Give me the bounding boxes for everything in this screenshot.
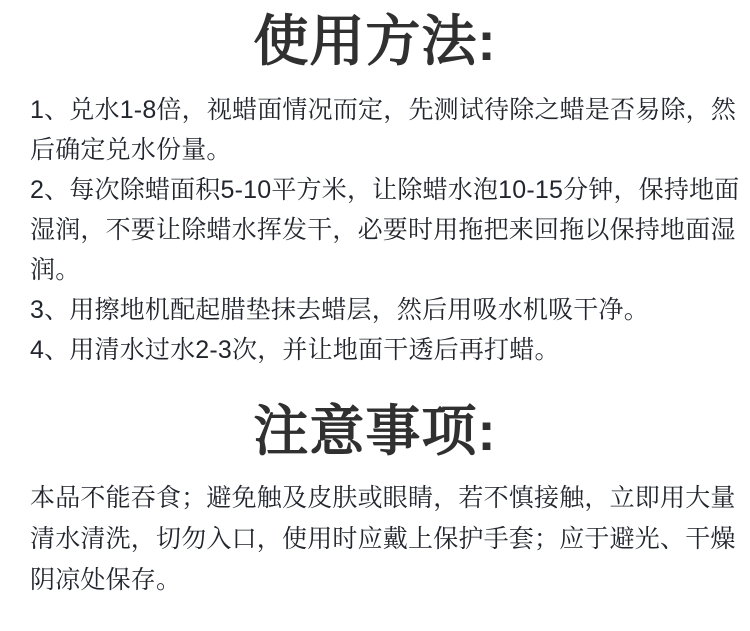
- usage-steps: 1、兑水1-8倍，视蜡面情况而定，先测试待除之蜡是否易除，然 后确定兑水份量。 …: [30, 90, 726, 370]
- usage-step-2-line-1: 2、每次除蜡面积5-10平方米，让除蜡水泡10-15分钟，保持地面: [30, 170, 726, 210]
- notice-line-2: 清水清洗，切勿入口，使用时应戴上保护手套；应于避光、干燥: [30, 519, 726, 560]
- notice-section-title: 注意事项:: [0, 370, 750, 464]
- instruction-sheet: 使用方法: 1、兑水1-8倍，视蜡面情况而定，先测试待除之蜡是否易除，然 后确定…: [0, 0, 750, 631]
- usage-step-1-line-2: 后确定兑水份量。: [30, 130, 726, 170]
- usage-step-4-line-1: 4、用清水过水2-3次，并让地面干透后再打蜡。: [30, 330, 726, 370]
- notice-line-1: 本品不能吞食；避免触及皮肤或眼睛，若不慎接触，立即用大量: [30, 478, 726, 519]
- usage-section-title: 使用方法:: [0, 0, 750, 74]
- notice-line-3: 阴凉处保存。: [30, 560, 726, 601]
- usage-step-3-line-1: 3、用擦地机配起腊垫抹去蜡层，然后用吸水机吸干净。: [30, 290, 726, 330]
- usage-step-2-line-3: 润。: [30, 250, 726, 290]
- notice-paragraph: 本品不能吞食；避免触及皮肤或眼睛，若不慎接触，立即用大量 清水清洗，切勿入口，使…: [30, 478, 726, 601]
- usage-step-2-line-2: 湿润，不要让除蜡水挥发干，必要时用拖把来回拖以保持地面湿: [30, 210, 726, 250]
- usage-step-1-line-1: 1、兑水1-8倍，视蜡面情况而定，先测试待除之蜡是否易除，然: [30, 90, 726, 130]
